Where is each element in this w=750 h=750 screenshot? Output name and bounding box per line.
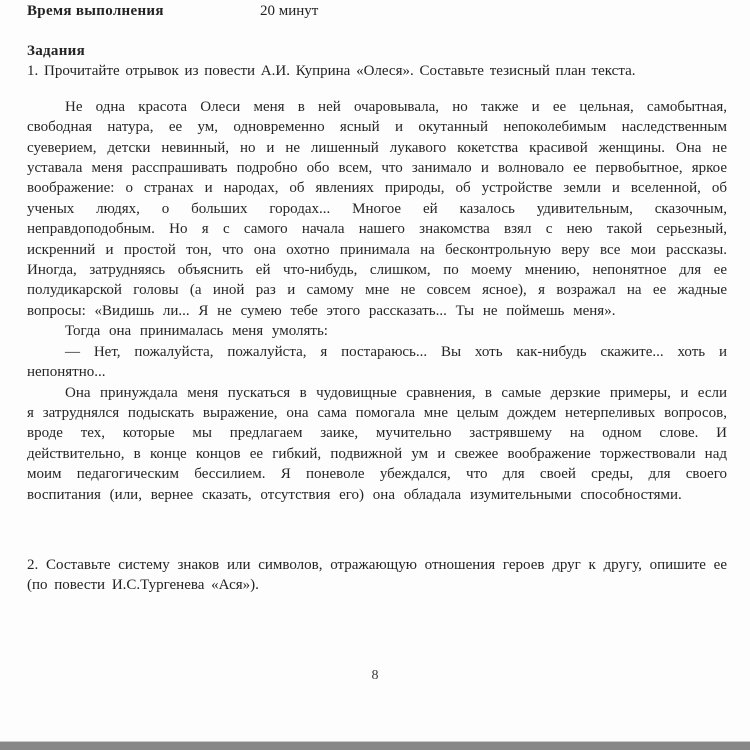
excerpt-paragraph: Не одна красота Олеси меня в ней очаровы… — [27, 97, 727, 321]
execution-time-value: 20 минут — [260, 1, 318, 21]
page-content: Время выполнения 20 минут Задания 1. Про… — [0, 0, 750, 596]
excerpt-paragraph: — Нет, пожалуйста, пожалуйста, я постара… — [27, 342, 727, 383]
page-number: 8 — [0, 668, 750, 684]
task-1-text: 1. Прочитайте отрывок из повести А.И. Ку… — [27, 61, 727, 81]
bottom-bar — [0, 741, 750, 750]
excerpt-paragraph: Она принуждала меня пускаться в чудовищн… — [27, 383, 727, 505]
excerpt-block: Не одна красота Олеси меня в ней очаровы… — [27, 97, 727, 547]
task-2-text: 2. Составьте систему знаков или символов… — [27, 555, 727, 596]
tasks-heading: Задания — [27, 41, 727, 61]
document-page: Время выполнения 20 минут Задания 1. Про… — [0, 0, 750, 750]
excerpt-paragraph: Тогда она принималась меня умолять: — [27, 321, 727, 341]
execution-time-row: Время выполнения 20 минут — [27, 1, 727, 21]
execution-time-label: Время выполнения — [27, 1, 260, 21]
